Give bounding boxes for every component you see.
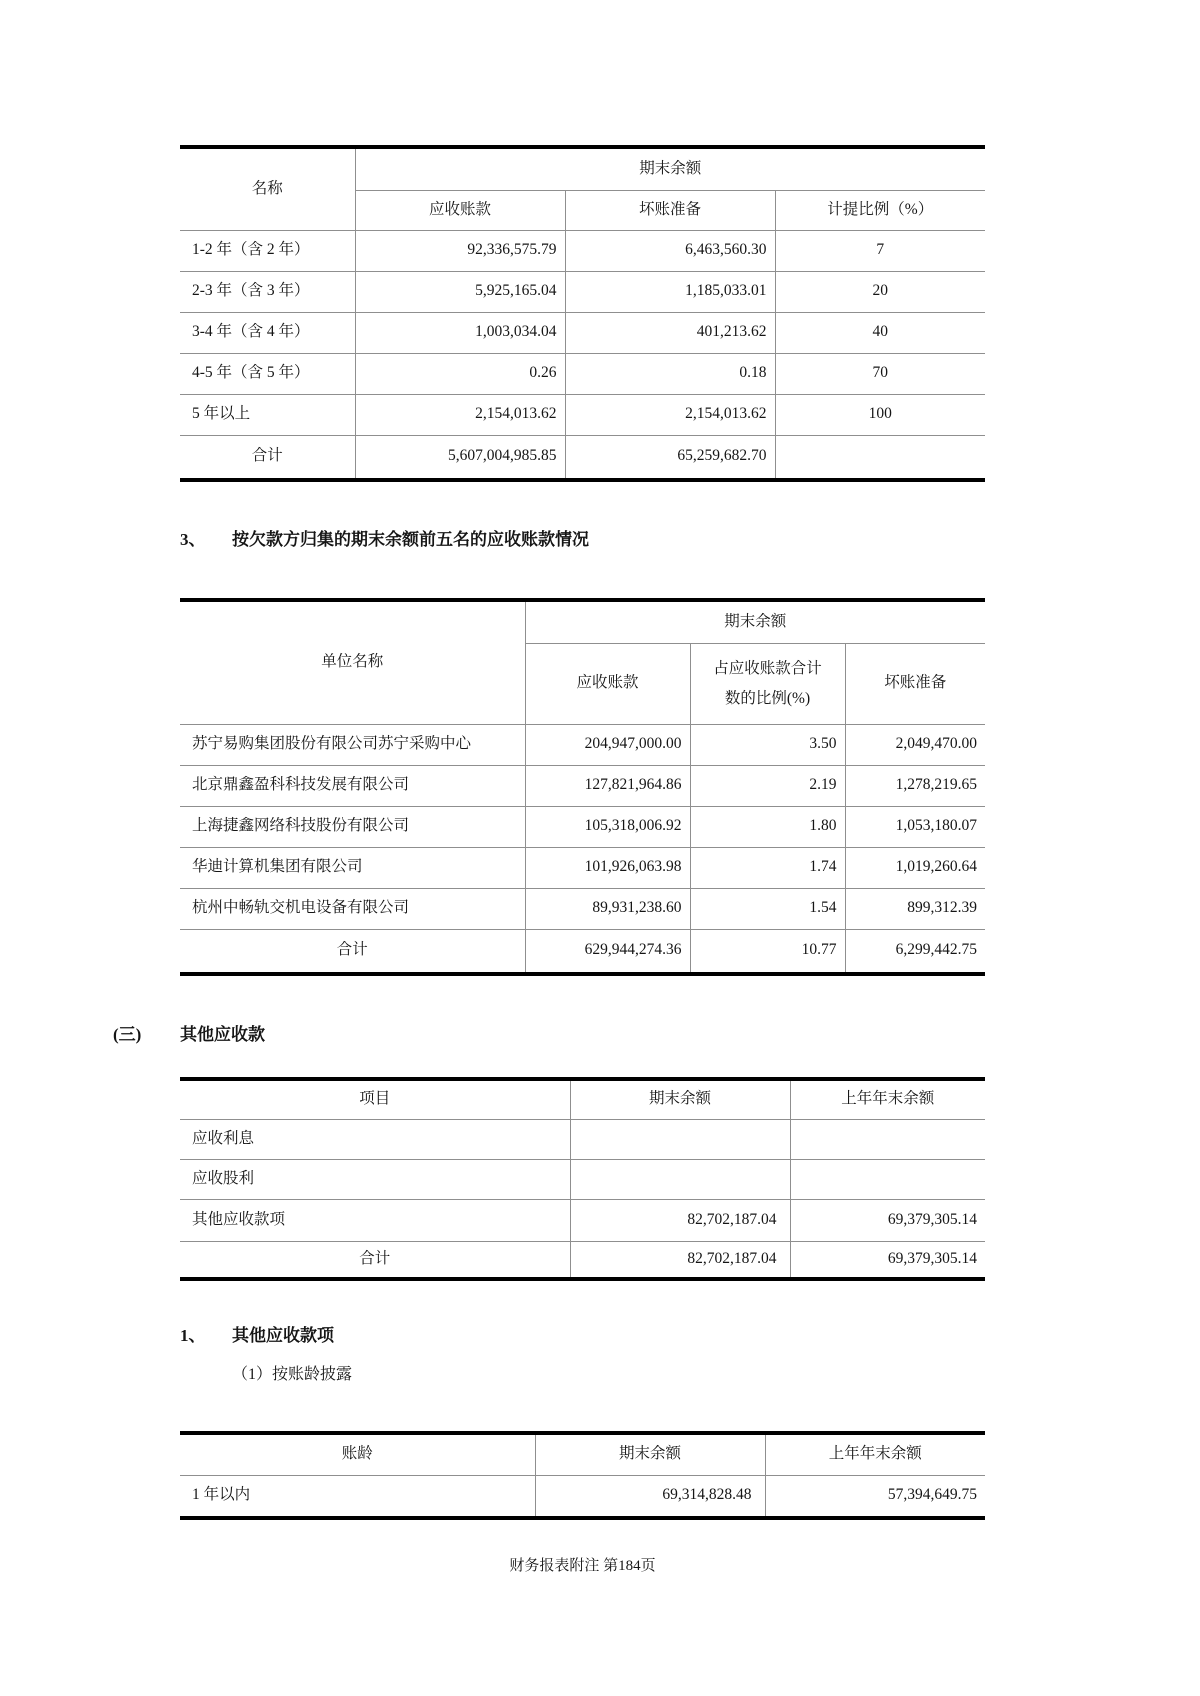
bad-debt-cell: 0.18 [565,353,775,394]
percentage-cell: 1.80 [690,806,845,847]
bad-debt-cell: 1,185,033.01 [565,271,775,312]
prior-year-cell [790,1159,985,1199]
table-header-row: 名称 期末余额 [180,147,985,190]
table-header-row: 项目 期末余额 上年年末余额 [180,1079,985,1119]
bad-debt-cell: 401,213.62 [565,312,775,353]
ending-balance-column-header: 期末余额 [535,1433,765,1475]
section-heading-other-receivables: (三) 其他应收款 [113,1022,985,1048]
total-label-cell: 合计 [180,929,525,974]
accounts-receivable-cell: 1,003,034.04 [355,312,565,353]
aging-cell: 1 年以内 [180,1475,535,1518]
ending-balance-cell: 69,314,828.48 [535,1475,765,1518]
bad-debt-cell: 6,463,560.30 [565,230,775,271]
percentage-cell: 1.54 [690,888,845,929]
accounts-receivable-cell: 89,931,238.60 [525,888,690,929]
bad-debt-column-header: 坏账准备 [565,190,775,230]
subsection-aging-disclosure: （1）按账龄披露 [232,1362,985,1388]
item-cell: 其他应收款项 [180,1199,570,1241]
accounts-receivable-total-cell: 629,944,274.36 [525,929,690,974]
prior-year-column-header: 上年年末余额 [790,1079,985,1119]
row-label-cell: 5 年以上 [180,394,355,435]
table-row: 北京鼎鑫盈科科技发展有限公司 127,821,964.86 2.19 1,278… [180,765,985,806]
item-cell: 应收股利 [180,1159,570,1199]
table-row: 其他应收款项 82,702,187.04 69,379,305.14 [180,1199,985,1241]
percentage-column-header: 占应收账款合计数的比例(%) [690,643,845,724]
table-row: 2-3 年（含 3 年） 5,925,165.04 1,185,033.01 2… [180,271,985,312]
ratio-cell: 100 [775,394,985,435]
table-row: 杭州中畅轨交机电设备有限公司 89,931,238.60 1.54 899,31… [180,888,985,929]
table-row: 4-5 年（含 5 年） 0.26 0.18 70 [180,353,985,394]
other-receivables-aging-table: 账龄 期末余额 上年年末余额 1 年以内 69,314,828.48 57,39… [180,1431,985,1520]
provision-ratio-column-header: 计提比例（%） [775,190,985,230]
section-title: 其他应收款 [180,1022,265,1048]
total-label-cell: 合计 [180,435,355,480]
item-cell: 应收利息 [180,1119,570,1159]
ending-balance-column-header: 期末余额 [570,1079,790,1119]
accounts-receivable-cell: 2,154,013.62 [355,394,565,435]
total-row: 合计 5,607,004,985.85 65,259,682.70 [180,435,985,480]
bad-debt-column-header: 坏账准备 [845,643,985,724]
accounts-receivable-cell: 0.26 [355,353,565,394]
row-label-cell: 4-5 年（含 5 年） [180,353,355,394]
ending-balance-cell [570,1119,790,1159]
row-label-cell: 3-4 年（含 4 年） [180,312,355,353]
bad-debt-total-cell: 6,299,442.75 [845,929,985,974]
total-row: 合计 629,944,274.36 10.77 6,299,442.75 [180,929,985,974]
prior-year-cell: 69,379,305.14 [790,1199,985,1241]
unit-name-cell: 上海捷鑫网络科技股份有限公司 [180,806,525,847]
aging-analysis-table: 名称 期末余额 应收账款 坏账准备 计提比例（%） 1-2 年（含 2 年） 9… [180,145,985,482]
section-title: 按欠款方归集的期末余额前五名的应收账款情况 [232,527,589,553]
bad-debt-cell: 1,019,260.64 [845,847,985,888]
prior-year-cell [790,1119,985,1159]
prior-year-cell: 57,394,649.75 [765,1475,985,1518]
table-header-row: 账龄 期末余额 上年年末余额 [180,1433,985,1475]
ending-balance-group-header: 期末余额 [525,600,985,643]
ratio-cell: 40 [775,312,985,353]
table-header-row: 单位名称 期末余额 [180,600,985,643]
unit-name-column-header: 单位名称 [180,600,525,724]
ending-balance-group-header: 期末余额 [355,147,985,190]
ending-balance-cell [570,1159,790,1199]
section-number: (三) [113,1022,180,1048]
accounts-receivable-cell: 204,947,000.00 [525,724,690,765]
bad-debt-cell: 2,154,013.62 [565,394,775,435]
page-footer: 财务报表附注 第184页 [180,1555,985,1577]
other-receivables-table: 项目 期末余额 上年年末余额 应收利息 应收股利 其他应收款项 82,702,1… [180,1077,985,1281]
unit-name-cell: 华迪计算机集团有限公司 [180,847,525,888]
bad-debt-cell: 1,053,180.07 [845,806,985,847]
ending-balance-total-cell: 82,702,187.04 [570,1241,790,1279]
bad-debt-total-cell: 65,259,682.70 [565,435,775,480]
percentage-cell: 2.19 [690,765,845,806]
table-row: 应收利息 [180,1119,985,1159]
unit-name-cell: 杭州中畅轨交机电设备有限公司 [180,888,525,929]
aging-column-header: 账龄 [180,1433,535,1475]
item-column-header: 项目 [180,1079,570,1119]
ending-balance-cell: 82,702,187.04 [570,1199,790,1241]
row-label-cell: 2-3 年（含 3 年） [180,271,355,312]
section-number: 1、 [180,1323,232,1349]
accounts-receivable-cell: 5,925,165.04 [355,271,565,312]
ratio-cell: 20 [775,271,985,312]
total-label-cell: 合计 [180,1241,570,1279]
table-row: 1-2 年（含 2 年） 92,336,575.79 6,463,560.30 … [180,230,985,271]
table-row: 应收股利 [180,1159,985,1199]
row-label-cell: 1-2 年（含 2 年） [180,230,355,271]
table-row: 华迪计算机集团有限公司 101,926,063.98 1.74 1,019,26… [180,847,985,888]
percentage-total-cell: 10.77 [690,929,845,974]
percentage-cell: 1.74 [690,847,845,888]
bad-debt-cell: 1,278,219.65 [845,765,985,806]
table-row: 1 年以内 69,314,828.48 57,394,649.75 [180,1475,985,1518]
name-column-header: 名称 [180,147,355,230]
section-heading-other-receivable-items: 1、 其他应收款项 [180,1323,985,1349]
section-heading-top5-receivables: 3、 按欠款方归集的期末余额前五名的应收账款情况 [180,527,985,553]
unit-name-cell: 苏宁易购集团股份有限公司苏宁采购中心 [180,724,525,765]
total-row: 合计 82,702,187.04 69,379,305.14 [180,1241,985,1279]
accounts-receivable-column-header: 应收账款 [525,643,690,724]
table-row: 苏宁易购集团股份有限公司苏宁采购中心 204,947,000.00 3.50 2… [180,724,985,765]
accounts-receivable-total-cell: 5,607,004,985.85 [355,435,565,480]
table-row: 5 年以上 2,154,013.62 2,154,013.62 100 [180,394,985,435]
page-content: 名称 期末余额 应收账款 坏账准备 计提比例（%） 1-2 年（含 2 年） 9… [180,145,985,1577]
ratio-cell: 70 [775,353,985,394]
prior-year-total-cell: 69,379,305.14 [790,1241,985,1279]
percentage-cell: 3.50 [690,724,845,765]
table-row: 上海捷鑫网络科技股份有限公司 105,318,006.92 1.80 1,053… [180,806,985,847]
accounts-receivable-column-header: 应收账款 [355,190,565,230]
bad-debt-cell: 899,312.39 [845,888,985,929]
top5-debtors-table: 单位名称 期末余额 应收账款 占应收账款合计数的比例(%) 坏账准备 苏宁易购集… [180,598,985,976]
accounts-receivable-cell: 127,821,964.86 [525,765,690,806]
table-row: 3-4 年（含 4 年） 1,003,034.04 401,213.62 40 [180,312,985,353]
section-title: 其他应收款项 [232,1323,334,1349]
prior-year-column-header: 上年年末余额 [765,1433,985,1475]
accounts-receivable-cell: 92,336,575.79 [355,230,565,271]
section-number: 3、 [180,527,232,553]
ratio-cell: 7 [775,230,985,271]
unit-name-cell: 北京鼎鑫盈科科技发展有限公司 [180,765,525,806]
bad-debt-cell: 2,049,470.00 [845,724,985,765]
accounts-receivable-cell: 101,926,063.98 [525,847,690,888]
ratio-total-cell [775,435,985,480]
accounts-receivable-cell: 105,318,006.92 [525,806,690,847]
